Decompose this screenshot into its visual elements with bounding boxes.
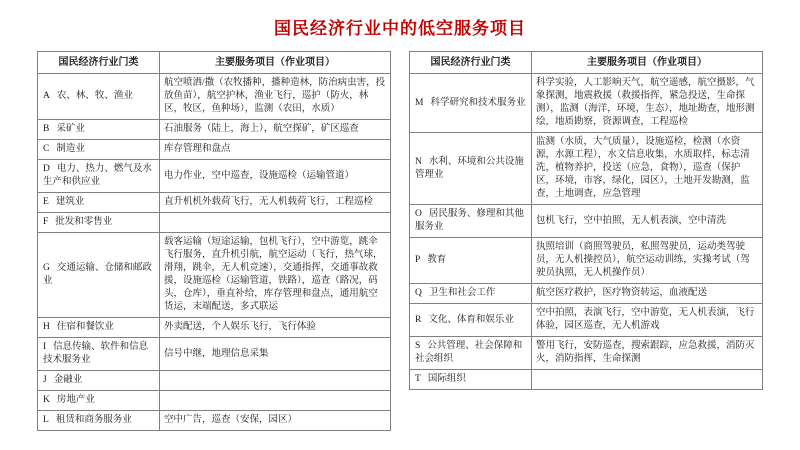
industry-cell: O居民服务、修理和其他服务业 (410, 205, 532, 238)
column-header-industry: 国民经济行业门类 (38, 52, 160, 74)
industry-name: 公共管理、社会保障和社会组织 (415, 341, 522, 364)
industry-cell: B采矿业 (38, 120, 160, 140)
table-row: N水利、环境和公共设施管理业监测（水质，大气质量），设施巡检，检测（水资源，水源… (410, 133, 763, 205)
industry-code: G (43, 263, 50, 273)
industry-name: 金融业 (54, 375, 83, 385)
industry-cell: Q卫生和社会工作 (410, 284, 532, 304)
industry-name: 国际组织 (428, 374, 466, 384)
services-cell (160, 391, 391, 411)
industry-code: I (43, 342, 46, 352)
table-row: L租赁和商务服务业空中广告，巡查（安保，园区） (38, 411, 391, 431)
services-cell: 执照培训（商照驾驶员，私照驾驶员，运动类驾驶员，无人机操控员），航空运动训练，实… (532, 238, 763, 284)
industry-cell: L租赁和商务服务业 (38, 411, 160, 431)
industry-name: 卫生和社会工作 (429, 288, 496, 298)
services-cell: 载客运输（短途运输，包机飞行），空中游览，跳伞飞行服务，直升机引航，航空运动（飞… (160, 233, 391, 318)
services-cell (160, 371, 391, 391)
industry-cell: E建筑业 (38, 193, 160, 213)
industry-code: O (415, 209, 422, 219)
services-cell: 空中拍照，表演飞行，空中游览，无人机表演，飞行体验，园区巡查，无人机游戏 (532, 304, 763, 337)
industry-code: F (43, 217, 48, 227)
table-row: K房地产业 (38, 391, 391, 411)
industry-cell: T国际组织 (410, 370, 532, 390)
services-cell: 外卖配送，个人娱乐飞行，飞行体验 (160, 318, 391, 338)
industry-name: 教育 (427, 255, 446, 265)
industry-name: 制造业 (56, 144, 85, 154)
table-row: M科学研究和技术服务业科学实验，人工影响天气，航空遥感，航空摄影，气象探测，地震… (410, 74, 763, 133)
industry-table-right: 国民经济行业门类 主要服务项目（作业项目） M科学研究和技术服务业科学实验，人工… (409, 51, 763, 390)
table-row: T国际组织 (410, 370, 763, 390)
table-row: C制造业库存管理和盘点 (38, 140, 391, 160)
table-row: I信息传输、软件和信息技术服务业信号中继，地理信息采集 (38, 338, 391, 371)
table-row: Q卫生和社会工作航空医疗救护，医疗物资转运，血液配送 (410, 284, 763, 304)
industry-name: 交通运输、仓储和邮政业 (43, 263, 152, 286)
industry-cell: H住宿和餐饮业 (38, 318, 160, 338)
industry-cell: C制造业 (38, 140, 160, 160)
services-cell (532, 370, 763, 390)
services-cell: 科学实验，人工影响天气，航空遥感，航空摄影，气象探测，地震救援（救援指挥，紧急投… (532, 74, 763, 133)
industry-cell: D电力、热力、燃气及水生产和供应业 (38, 160, 160, 193)
industry-cell: G交通运输、仓储和邮政业 (38, 233, 160, 318)
industry-cell: R文化、体育和娱乐业 (410, 304, 532, 337)
industry-cell: M科学研究和技术服务业 (410, 74, 532, 133)
industry-name: 租赁和商务服务业 (56, 415, 132, 425)
industry-code: M (415, 98, 423, 108)
services-cell: 电力作业，空中巡查，设施巡检（运输管道） (160, 160, 391, 193)
industry-cell: S公共管理、社会保障和社会组织 (410, 337, 532, 370)
services-cell: 航空医疗救护，医疗物资转运，血液配送 (532, 284, 763, 304)
industry-name: 农、林、牧、渔业 (57, 91, 133, 101)
table-row: F批发和零售业 (38, 213, 391, 233)
page: 国民经济行业中的低空服务项目 国民经济行业门类 主要服务项目（作业项目） A农、… (0, 0, 800, 450)
table-row: P教育执照培训（商照驾驶员，私照驾驶员，运动类驾驶员，无人机操控员），航空运动训… (410, 238, 763, 284)
services-cell: 包机飞行，空中拍照，无人机表演，空中清洗 (532, 205, 763, 238)
industry-code: K (43, 395, 50, 405)
industry-cell: N水利、环境和公共设施管理业 (410, 133, 532, 205)
header-row: 国民经济行业门类 主要服务项目（作业项目） (410, 52, 763, 74)
table-row: B采矿业石油服务（陆上，海上），航空探矿，矿区巡查 (38, 120, 391, 140)
industry-name: 文化、体育和娱乐业 (428, 315, 514, 325)
industry-table-left: 国民经济行业门类 主要服务项目（作业项目） A农、林、牧、渔业航空喷洒/撒（农牧… (37, 51, 391, 431)
industry-code: P (415, 255, 420, 265)
industry-name: 电力、热力、燃气及水生产和供应业 (43, 164, 152, 187)
table-row: J金融业 (38, 371, 391, 391)
tables-container: 国民经济行业门类 主要服务项目（作业项目） A农、林、牧、渔业航空喷洒/撒（农牧… (0, 51, 800, 431)
industry-code: A (43, 91, 50, 101)
industry-cell: A农、林、牧、渔业 (38, 74, 160, 120)
industry-code: J (43, 375, 47, 385)
table-row: R文化、体育和娱乐业空中拍照，表演飞行，空中游览，无人机表演，飞行体验，园区巡查… (410, 304, 763, 337)
industry-cell: J金融业 (38, 371, 160, 391)
industry-code: Q (415, 288, 422, 298)
table-row: A农、林、牧、渔业航空喷洒/撒（农牧播种，播种造林，防治病虫害，投放鱼苗），航空… (38, 74, 391, 120)
industry-name: 居民服务、修理和其他服务业 (415, 209, 524, 232)
industry-code: H (43, 322, 50, 332)
industry-code: B (43, 124, 49, 134)
industry-cell: K房地产业 (38, 391, 160, 411)
table-row: G交通运输、仓储和邮政业载客运输（短途运输，包机飞行），空中游览，跳伞飞行服务，… (38, 233, 391, 318)
industry-name: 水利、环境和公共设施管理业 (415, 157, 524, 180)
industry-name: 建筑业 (56, 197, 85, 207)
services-cell: 直升机机外载荷飞行，无人机载荷飞行，工程巡检 (160, 193, 391, 213)
header-row: 国民经济行业门类 主要服务项目（作业项目） (38, 52, 391, 74)
page-title: 国民经济行业中的低空服务项目 (0, 0, 800, 39)
column-header-services: 主要服务项目（作业项目） (160, 52, 391, 74)
column-header-industry: 国民经济行业门类 (410, 52, 532, 74)
industry-name: 房地产业 (57, 395, 95, 405)
services-cell: 监测（水质，大气质量），设施巡检，检测（水资源，水源工程），水文信息收集，水质取… (532, 133, 763, 205)
table-row: D电力、热力、燃气及水生产和供应业电力作业，空中巡查，设施巡检（运输管道） (38, 160, 391, 193)
industry-name: 信息传输、软件和信息技术服务业 (43, 342, 148, 365)
industry-code: D (43, 164, 50, 174)
industry-cell: F批发和零售业 (38, 213, 160, 233)
industry-code: E (43, 197, 49, 207)
services-cell: 航空喷洒/撒（农牧播种，播种造林，防治病虫害，投放鱼苗），航空护林，渔业飞行，巡… (160, 74, 391, 120)
industry-code: C (43, 144, 49, 154)
industry-cell: P教育 (410, 238, 532, 284)
industry-code: T (415, 374, 421, 384)
industry-code: R (415, 315, 421, 325)
services-cell: 警用飞行，安防巡查，搜索跟踪，应急救援，消防灭火，消防指挥，生命探测 (532, 337, 763, 370)
services-cell: 空中广告，巡查（安保，园区） (160, 411, 391, 431)
industry-code: N (415, 157, 422, 167)
industry-name: 批发和零售业 (55, 217, 112, 227)
table-row: S公共管理、社会保障和社会组织警用飞行，安防巡查，搜索跟踪，应急救援，消防灭火，… (410, 337, 763, 370)
services-cell: 石油服务（陆上，海上），航空探矿，矿区巡查 (160, 120, 391, 140)
industry-code: S (415, 341, 420, 351)
table-row: E建筑业直升机机外载荷飞行，无人机载荷飞行，工程巡检 (38, 193, 391, 213)
services-cell: 信号中继，地理信息采集 (160, 338, 391, 371)
column-header-services: 主要服务项目（作业项目） (532, 52, 763, 74)
services-cell: 库存管理和盘点 (160, 140, 391, 160)
table-row: O居民服务、修理和其他服务业包机飞行，空中拍照，无人机表演，空中清洗 (410, 205, 763, 238)
industry-code: L (43, 415, 49, 425)
table-row: H住宿和餐饮业外卖配送，个人娱乐飞行，飞行体验 (38, 318, 391, 338)
industry-name: 科学研究和技术服务业 (430, 98, 525, 108)
services-cell (160, 213, 391, 233)
industry-cell: I信息传输、软件和信息技术服务业 (38, 338, 160, 371)
industry-name: 住宿和餐饮业 (57, 322, 114, 332)
industry-name: 采矿业 (56, 124, 85, 134)
